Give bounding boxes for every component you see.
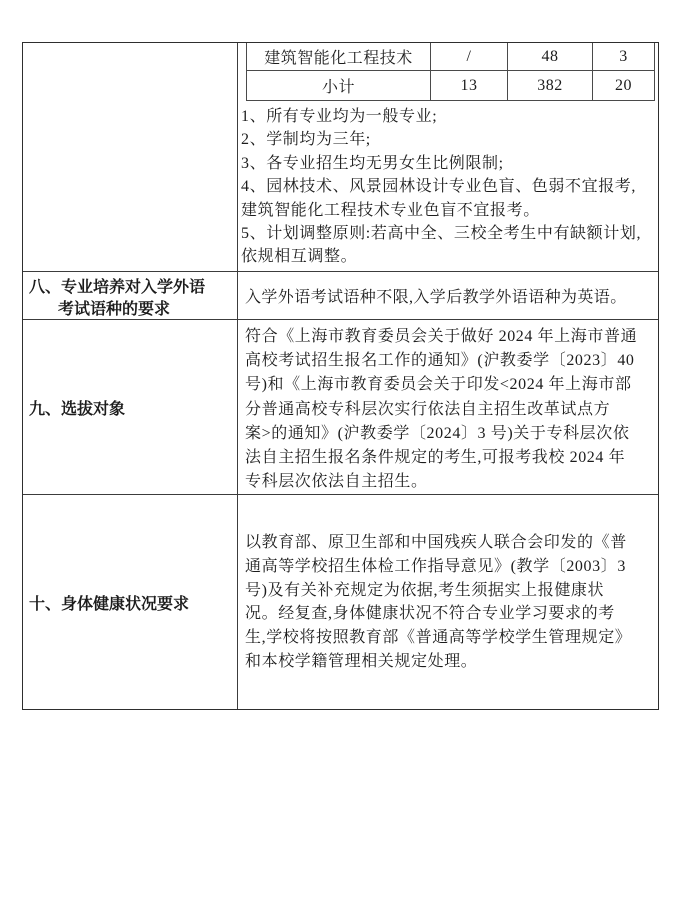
plan-value-cell: / — [431, 43, 508, 70]
row-selection-target: 九、选拔对象 符合《上海市教育委员会关于做好 2024 年上海市普通 高校考试招… — [23, 319, 658, 494]
table-row: 建筑智能化工程技术 / 48 3 — [247, 43, 654, 71]
admissions-table: 建筑智能化工程技术 / 48 3 小计 13 382 20 1、所有专业均为一般… — [22, 42, 659, 710]
health-requirement-label-cell: 十、身体健康状况要求 — [23, 495, 238, 709]
row-enrollment-plan: 建筑智能化工程技术 / 48 3 小计 13 382 20 1、所有专业均为一般… — [23, 43, 658, 271]
plan-table: 建筑智能化工程技术 / 48 3 小计 13 382 20 — [246, 43, 655, 101]
plan-notes: 1、所有专业均为一般专业; 2、学制均为三年; 3、各专业招生均无男女生比例限制… — [238, 101, 658, 269]
note-line: 建筑智能化工程技术专业色盲不宜报考。 — [241, 199, 655, 222]
text-line: 况。经复查,身体健康状况不符合专业学习要求的考 — [245, 602, 656, 626]
text-line: 高校考试招生报名工作的通知》(沪教委学〔2023〕40 — [245, 349, 656, 373]
document-page: 建筑智能化工程技术 / 48 3 小计 13 382 20 1、所有专业均为一般… — [0, 0, 680, 900]
plan-value-cell: 20 — [593, 71, 654, 100]
foreign-language-label-cell: 八、专业培养对入学外语 考试语种的要求 — [23, 272, 238, 319]
text-line: 和本校学籍管理相关规定处理。 — [245, 650, 656, 674]
enrollment-plan-content-cell: 建筑智能化工程技术 / 48 3 小计 13 382 20 1、所有专业均为一般… — [238, 43, 658, 271]
table-row: 小计 13 382 20 — [247, 71, 654, 101]
text-line: 号)及有关补充规定为依据,考生须据实上报健康状 — [245, 579, 656, 603]
plan-value-cell: 382 — [508, 71, 593, 100]
row-health-requirement: 十、身体健康状况要求 以教育部、原卫生部和中国残疾人联合会印发的《普 通高等学校… — [23, 494, 658, 709]
note-line: 5、计划调整原则:若高中全、三校全考生中有缺额计划, — [241, 222, 655, 245]
label-line: 考试语种的要求 — [29, 299, 237, 321]
major-name-cell: 建筑智能化工程技术 — [247, 43, 431, 70]
text-line: 案>的通知》(沪教委学〔2024〕3 号)关于专科层次依 — [245, 422, 656, 446]
text-line: 专科层次依法自主招生。 — [245, 470, 656, 494]
note-line: 2、学制均为三年; — [241, 128, 655, 151]
plan-value-cell: 13 — [431, 71, 508, 100]
foreign-language-content-cell: 入学外语考试语种不限,入学后教学外语语种为英语。 — [238, 272, 658, 319]
text-line: 分普通高校专科层次实行依法自主招生改革试点方 — [245, 398, 656, 422]
text-line: 生,学校将按照教育部《普通高等学校学生管理规定》 — [245, 626, 656, 650]
enrollment-plan-label-cell — [23, 43, 238, 271]
note-line: 3、各专业招生均无男女生比例限制; — [241, 152, 655, 175]
health-requirement-content-cell: 以教育部、原卫生部和中国残疾人联合会印发的《普 通高等学校招生体检工作指导意见》… — [238, 495, 658, 709]
note-line: 1、所有专业均为一般专业; — [241, 105, 655, 128]
plan-value-cell: 3 — [593, 43, 654, 70]
text-line: 符合《上海市教育委员会关于做好 2024 年上海市普通 — [245, 325, 656, 349]
text-line: 以教育部、原卫生部和中国残疾人联合会印发的《普 — [245, 531, 656, 555]
text-line: 法自主招生报名条件规定的考生,可报考我校 2024 年 — [245, 446, 656, 470]
label-line: 八、专业培养对入学外语 — [29, 277, 237, 299]
row-foreign-language: 八、专业培养对入学外语 考试语种的要求 入学外语考试语种不限,入学后教学外语语种… — [23, 271, 658, 319]
text-line: 号)和《上海市教育委员会关于印发<2024 年上海市部 — [245, 373, 656, 397]
note-line: 4、园林技术、风景园林设计专业色盲、色弱不宜报考, — [241, 175, 655, 198]
note-line: 依规相互调整。 — [241, 245, 655, 268]
text-line: 通高等学校招生体检工作指导意见》(教学〔2003〕3 — [245, 555, 656, 579]
subtotal-label-cell: 小计 — [247, 71, 431, 100]
selection-target-content-cell: 符合《上海市教育委员会关于做好 2024 年上海市普通 高校考试招生报名工作的通… — [238, 320, 658, 494]
selection-target-label-cell: 九、选拔对象 — [23, 320, 238, 494]
plan-value-cell: 48 — [508, 43, 593, 70]
